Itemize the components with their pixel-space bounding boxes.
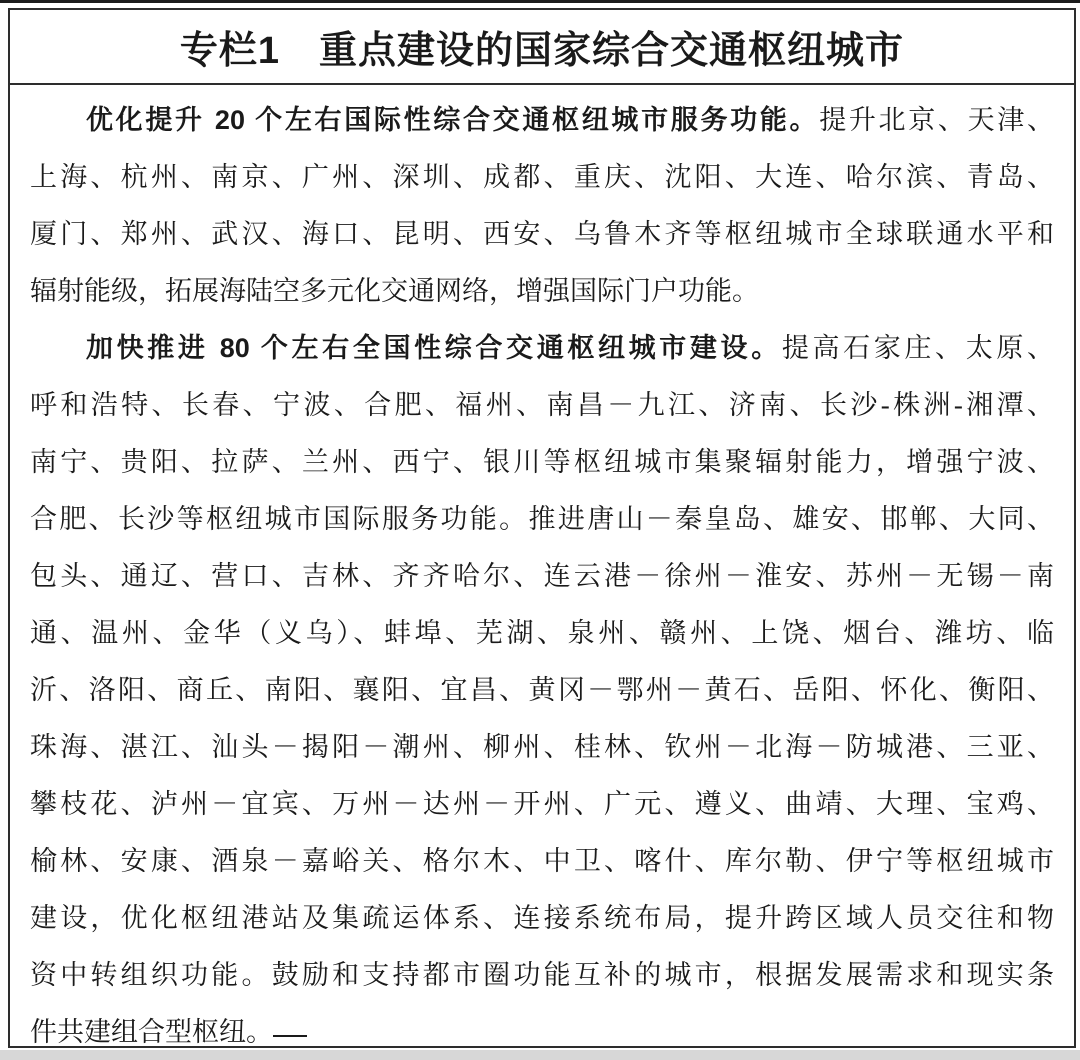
paragraph-body-text: 提高石家庄、太原、 — [782, 333, 1054, 363]
paragraph-body-text: 上海、杭州、南京、广州、深圳、成都、重庆、沈阳、大连、哈尔滨、青岛、 — [30, 162, 1054, 192]
text-line: 上海、杭州、南京、广州、深圳、成都、重庆、沈阳、大连、哈尔滨、青岛、 — [30, 149, 1054, 206]
paragraph-body-text: 珠海、湛江、汕头－揭阳－潮州、柳州、桂林、钦州－北海－防城港、三亚、 — [30, 732, 1054, 762]
paragraph-body-text: 件共建组合型枢纽。 — [30, 1017, 273, 1047]
text-line: 呼和浩特、长春、宁波、合肥、福州、南昌－九江、济南、长沙-株洲-湘潭、 — [30, 377, 1054, 434]
paragraph-body-text: 建设，优化枢纽港站及集疏运体系、连接系统布局，提升跨区域人员交往和物 — [30, 903, 1054, 933]
column-box: 专栏1 重点建设的国家综合交通枢纽城市 优化提升 20 个左右国际性综合交通枢纽… — [8, 8, 1076, 1048]
text-line: 建设，优化枢纽港站及集疏运体系、连接系统布局，提升跨区域人员交往和物 — [30, 890, 1054, 947]
text-line: 南宁、贵阳、拉萨、兰州、西宁、银川等枢纽城市集聚辐射能力，增强宁波、 — [30, 434, 1054, 491]
paragraph-body-text: 厦门、郑州、武汉、海口、昆明、西安、乌鲁木齐等枢纽城市全球联通水平和 — [30, 219, 1054, 249]
box-title: 专栏1 重点建设的国家综合交通枢纽城市 — [180, 19, 904, 74]
paragraph-body-text: 榆林、安康、酒泉－嘉峪关、格尔木、中卫、喀什、库尔勒、伊宁等枢纽城市 — [30, 846, 1054, 876]
paragraph-body-text: 资中转组织功能。鼓励和支持都市圈功能互补的城市，根据发展需求和现实条 — [30, 960, 1054, 990]
box-body: 优化提升 20 个左右国际性综合交通枢纽城市服务功能。提升北京、天津、上海、杭州… — [10, 85, 1074, 1060]
paragraph-lead-text: 优化提升 20 个左右国际性综合交通枢纽城市服务功能。 — [86, 105, 819, 135]
paragraph-body-text: 合肥、长沙等枢纽城市国际服务功能。推进唐山－秦皇岛、雄安、邯郸、大同、 — [30, 504, 1054, 534]
paragraph-body-text: 南宁、贵阳、拉萨、兰州、西宁、银川等枢纽城市集聚辐射能力，增强宁波、 — [30, 447, 1054, 477]
box-header: 专栏1 重点建设的国家综合交通枢纽城市 — [10, 10, 1074, 85]
text-line: 包头、通辽、营口、吉林、齐齐哈尔、连云港－徐州－淮安、苏州－无锡－南 — [30, 548, 1054, 605]
paragraph-body-text: 包头、通辽、营口、吉林、齐齐哈尔、连云港－徐州－淮安、苏州－无锡－南 — [30, 561, 1054, 591]
text-line: 优化提升 20 个左右国际性综合交通枢纽城市服务功能。提升北京、天津、 — [30, 92, 1054, 149]
scan-artifact-top-line — [0, 0, 1080, 3]
text-line: 攀枝花、泸州－宜宾、万州－达州－开州、广元、遵义、曲靖、大理、宝鸡、 — [30, 776, 1054, 833]
paragraph-body-text: 攀枝花、泸州－宜宾、万州－达州－开州、广元、遵义、曲靖、大理、宝鸡、 — [30, 789, 1054, 819]
text-line: 通、温州、金华（义乌）、蚌埠、芜湖、泉州、赣州、上饶、烟台、潍坊、临 — [30, 605, 1054, 662]
text-line: 珠海、湛江、汕头－揭阳－潮州、柳州、桂林、钦州－北海－防城港、三亚、 — [30, 719, 1054, 776]
text-line: 资中转组织功能。鼓励和支持都市圈功能互补的城市，根据发展需求和现实条 — [30, 947, 1054, 1004]
text-line: 厦门、郑州、武汉、海口、昆明、西安、乌鲁木齐等枢纽城市全球联通水平和 — [30, 206, 1054, 263]
text-line: 辐射能级，拓展海陆空多元化交通网络，增强国际门户功能。 — [30, 263, 1054, 320]
text-line: 沂、洛阳、商丘、南阳、襄阳、宜昌、黄冈－鄂州－黄石、岳阳、怀化、衡阳、 — [30, 662, 1054, 719]
paragraph-lead-text: 加快推进 80 个左右全国性综合交通枢纽城市建设。 — [86, 333, 782, 363]
text-line: 合肥、长沙等枢纽城市国际服务功能。推进唐山－秦皇岛、雄安、邯郸、大同、 — [30, 491, 1054, 548]
text-line: 榆林、安康、酒泉－嘉峪关、格尔木、中卫、喀什、库尔勒、伊宁等枢纽城市 — [30, 833, 1054, 890]
text-line: 加快推进 80 个左右全国性综合交通枢纽城市建设。提高石家庄、太原、 — [30, 320, 1054, 377]
scan-edge-bottom — [0, 1050, 1080, 1060]
trailing-underline — [273, 1035, 307, 1037]
paragraph-body-text: 沂、洛阳、商丘、南阳、襄阳、宜昌、黄冈－鄂州－黄石、岳阳、怀化、衡阳、 — [30, 675, 1054, 705]
paragraph-body-text: 通、温州、金华（义乌）、蚌埠、芜湖、泉州、赣州、上饶、烟台、潍坊、临 — [30, 618, 1054, 648]
paragraph-body-text: 辐射能级，拓展海陆空多元化交通网络，增强国际门户功能。 — [30, 276, 759, 306]
paragraph-body-text: 呼和浩特、长春、宁波、合肥、福州、南昌－九江、济南、长沙-株洲-湘潭、 — [30, 390, 1054, 420]
paragraph-body-text: 提升北京、天津、 — [819, 105, 1054, 135]
